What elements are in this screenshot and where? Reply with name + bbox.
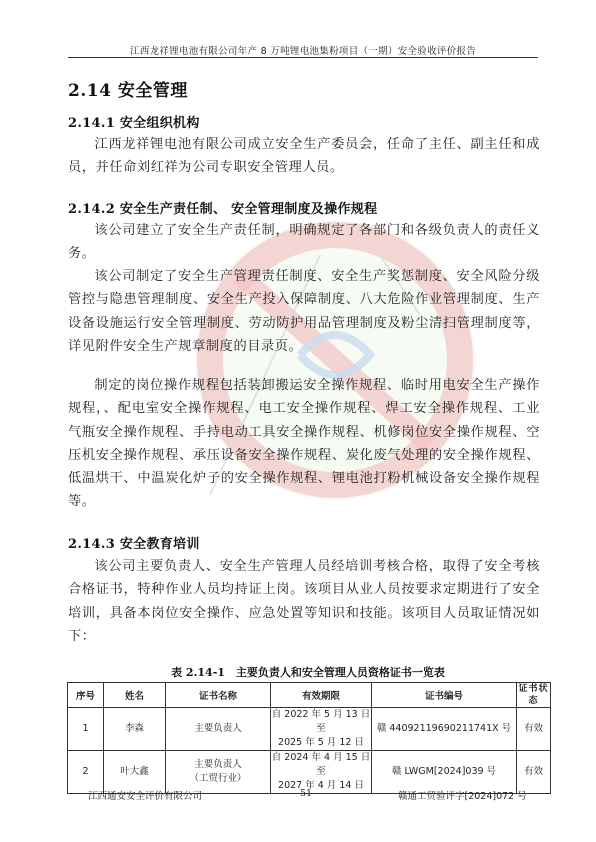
certificate-table: 序号 姓名 证书名称 有效期限 证书编号 证书状态 1 李森 主要负责人 自 2…	[67, 682, 551, 794]
table-caption: 表 2.14-1 主要负责人和安全管理人员资格证书一览表	[68, 664, 548, 680]
column-header-validity: 有效期限	[271, 683, 372, 708]
column-header-status: 证书状态	[517, 683, 551, 708]
column-header-no: 序号	[68, 683, 104, 708]
document-page: 江西龙祥锂电池有限公司年产 8 万吨锂电池集粉项目（一期）安全验收评价报告 2.…	[0, 0, 596, 842]
table-header-row: 序号 姓名 证书名称 有效期限 证书编号 证书状态	[68, 683, 551, 708]
paragraph-operating-procedures: 制定的岗位操作规程包括装卸搬运安全操作规程、临时用电安全生产操作规程，、配电室安…	[68, 374, 540, 514]
cell-no: 1	[68, 708, 104, 751]
page-number: 51	[300, 788, 312, 799]
table-row: 1 李森 主要负责人 自 2022 年 5 月 13 日至 2025 年 5 月…	[68, 708, 551, 751]
validity-end: 2025 年 5 月 12 日	[271, 736, 371, 750]
validity-start: 自 2024 年 4 月 15 日至	[271, 751, 371, 779]
paragraph-responsibility-system: 该公司建立了安全生产责任制，明确规定了各部门和各级负责人的责任义务。	[68, 219, 540, 266]
header-divider	[68, 57, 538, 58]
cell-cert-no: 赣 44092119690211741X 号	[372, 708, 517, 751]
footer-report-number: 赣通工贸验评字[2024]072 号	[398, 788, 527, 802]
column-header-name: 姓名	[104, 683, 166, 708]
cell-validity: 自 2022 年 5 月 13 日至 2025 年 5 月 12 日	[271, 708, 372, 751]
section-title: 2.14 安全管理	[68, 76, 188, 101]
cell-cert-name: 主要负责人	[166, 708, 271, 751]
subsection-title-organization: 2.14.1 安全组织机构	[68, 112, 200, 131]
column-header-cert-name: 证书名称	[166, 683, 271, 708]
cell-status: 有效	[517, 708, 551, 751]
cell-validity: 自 2024 年 4 月 15 日至 2027 年 4 月 14 日	[271, 751, 372, 794]
paragraph-organization: 江西龙祥锂电池有限公司成立安全生产委员会，任命了主任、副主任和成员，并任命刘红祥…	[68, 133, 540, 180]
paragraph-training: 该公司主要负责人、安全生产管理人员经培训考核合格，取得了安全考核合格证书，特种作…	[68, 555, 540, 648]
subsection-title-responsibility: 2.14.2 安全生产责任制、 安全管理制度及操作规程	[68, 198, 377, 217]
running-header: 江西龙祥锂电池有限公司年产 8 万吨锂电池集粉项目（一期）安全验收评价报告	[68, 43, 538, 57]
column-header-cert-no: 证书编号	[372, 683, 517, 708]
cert-name-line-2: （工贸行业）	[166, 772, 270, 786]
footer-company: 江西通安安全评价有限公司	[88, 788, 202, 802]
paragraph-management-rules: 该公司制定了安全生产管理责任制度、安全生产奖惩制度、安全风险分级管控与隐患管理制…	[68, 265, 540, 358]
cell-name: 李森	[104, 708, 166, 751]
validity-start: 自 2022 年 5 月 13 日至	[271, 708, 371, 736]
cert-name-line-1: 主要负责人	[166, 758, 270, 772]
validity-end: 2027 年 4 月 14 日	[271, 779, 371, 793]
subsection-title-training: 2.14.3 安全教育培训	[68, 533, 200, 552]
